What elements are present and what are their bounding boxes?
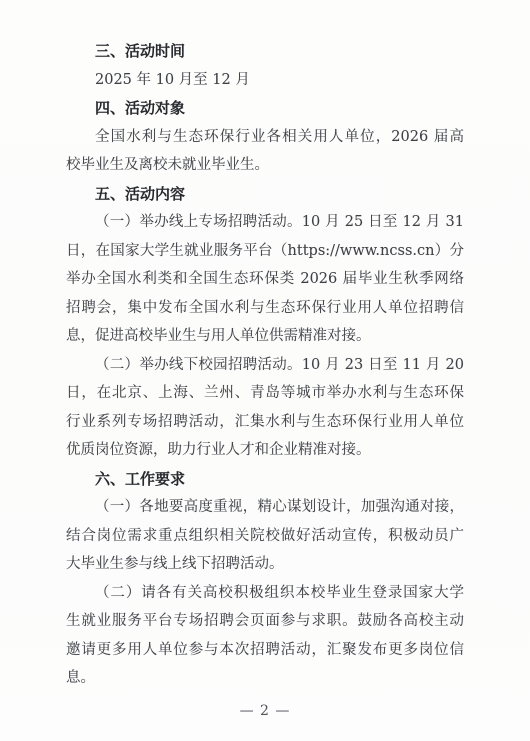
document-body: 三、活动时间2025 年 10 月至 12 月四、活动对象全国水利与生态环保行业… [66, 37, 464, 693]
body-text-line: 行业系列专场招聘活动，汇集水利与生态环保行业用人单位 [66, 408, 464, 437]
body-text-line: 生就业服务平台专场招聘会页面参与求职。鼓励各高校主动 [66, 607, 464, 636]
body-text-line: 2025 年 10 月至 12 月 [66, 66, 464, 95]
page-number: — 2 — [66, 700, 464, 722]
body-text-line: 校毕业生及离校未就业毕业生。 [66, 151, 464, 180]
section-heading: 五、活动内容 [66, 180, 464, 209]
body-text-line: 大毕业生参与线上线下招聘活动。 [66, 550, 464, 579]
document-page: 三、活动时间2025 年 10 月至 12 月四、活动对象全国水利与生态环保行业… [0, 0, 530, 741]
body-text-line: 优质岗位资源，助力行业人才和企业精准对接。 [66, 436, 464, 465]
body-text-line: 招聘会，集中发布全国水利与生态环保行业用人单位招聘信 [66, 294, 464, 323]
body-text-line: （一）举办线上专场招聘活动。10 月 25 日至 12 月 31 [66, 208, 464, 237]
body-text-line: 日，在国家大学生就业服务平台（https://www.ncss.cn）分别 [66, 237, 464, 266]
body-text-line: 息，促进高校毕业生与用人单位供需精准对接。 [66, 322, 464, 351]
section-heading: 三、活动时间 [66, 37, 464, 66]
body-text-line: 结合岗位需求重点组织相关院校做好活动宣传，积极动员广 [66, 522, 464, 551]
body-text-line: （一）各地要高度重视，精心谋划设计，加强沟通对接， [66, 493, 464, 522]
section-heading: 四、活动对象 [66, 94, 464, 123]
body-text-line: （二）请各有关高校积极组织本校毕业生登录国家大学 [66, 579, 464, 608]
body-text-line: 全国水利与生态环保行业各相关用人单位，2026 届高 [66, 123, 464, 152]
body-text-line: 举办全国水利类和全国生态环保类 2026 届毕业生秋季网络 [66, 265, 464, 294]
body-text-line: 邀请更多用人单位参与本次招聘活动，汇聚发布更多岗位信 [66, 636, 464, 665]
section-heading: 六、工作要求 [66, 465, 464, 494]
body-text-line: （二）举办线下校园招聘活动。10 月 23 日至 11 月 20 [66, 351, 464, 380]
body-text-line: 日，在北京、上海、兰州、青岛等城市举办水利与生态环保 [66, 379, 464, 408]
body-text-line: 息。 [66, 664, 464, 693]
